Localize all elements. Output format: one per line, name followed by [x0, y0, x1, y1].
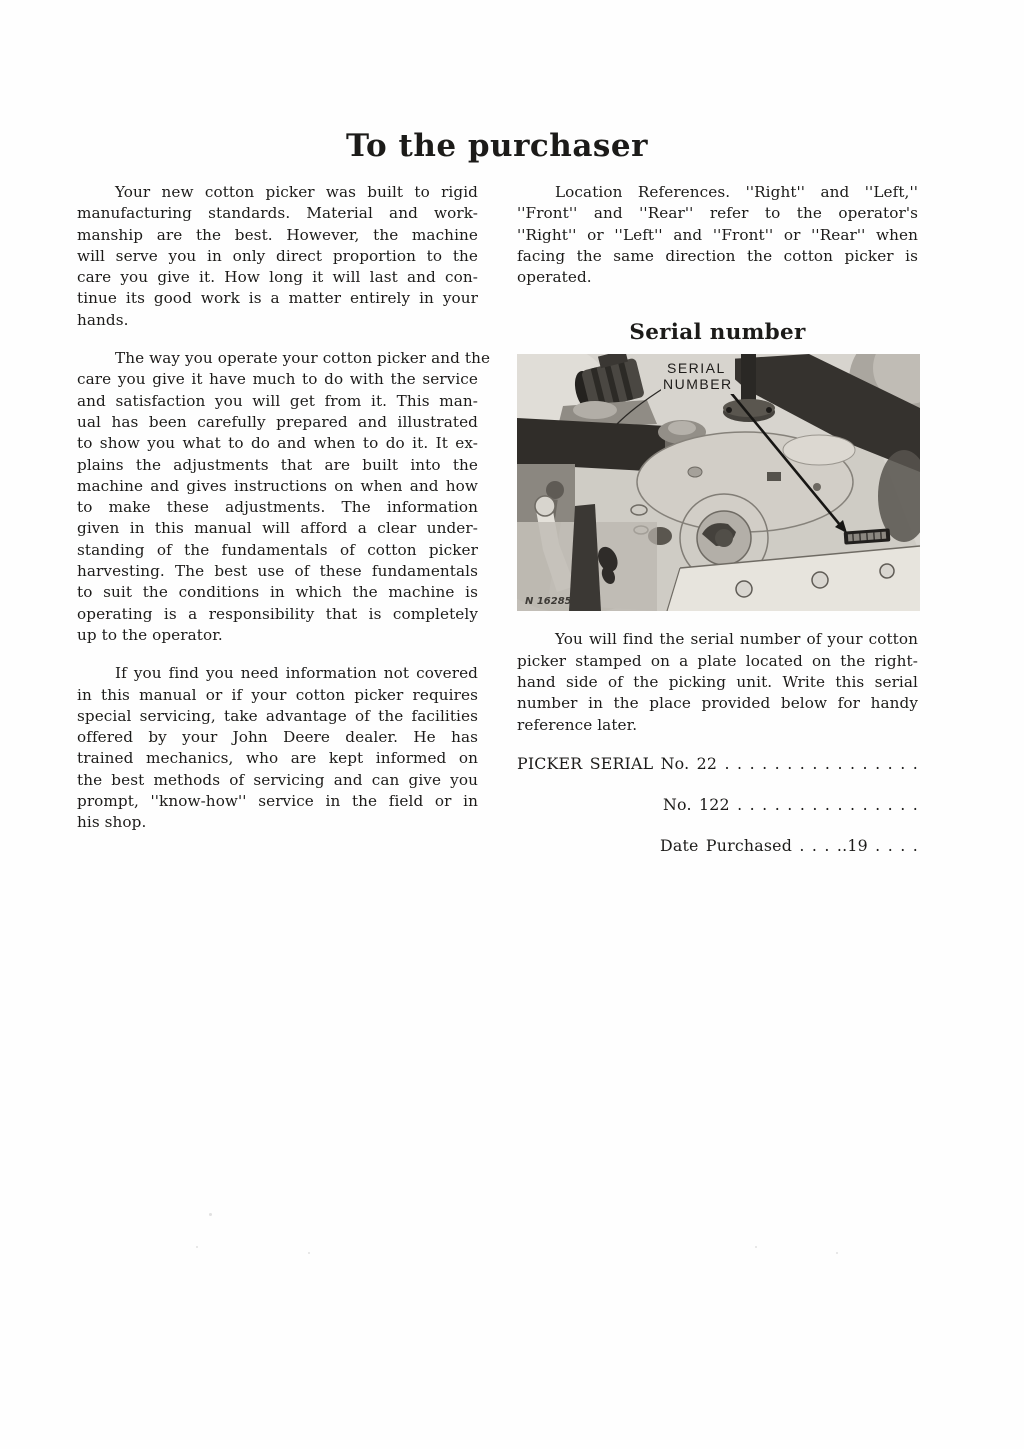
text-line: care you give it have much to do with th… [77, 369, 478, 390]
serial-number-photo: SERIAL NUMBER N 16285 [517, 354, 920, 611]
serial-number-label-line1: SERIAL [667, 360, 726, 376]
text-line: ''Right'' or ''Left'' and ''Front'' or '… [517, 225, 918, 246]
paragraph-intro: Your new cotton picker was built to rigi… [77, 182, 478, 331]
text-line: operated. [517, 267, 918, 288]
text-line: Your new cotton picker was built to rigi… [77, 182, 478, 203]
section-heading-serial-number: Serial number [517, 320, 918, 345]
text-line: You will find the serial number of your … [517, 629, 918, 650]
text-line: tinue its good work is a matter entirely… [77, 288, 478, 309]
text-line: his shop. [77, 812, 478, 833]
text-line: hands. [77, 310, 478, 331]
paragraph-operation: The way you operate your cotton picker a… [77, 348, 478, 646]
flange-bolt [766, 407, 772, 413]
flange-bolt [726, 407, 732, 413]
scan-speck [308, 1252, 310, 1254]
text-line: given in this manual will afford a clear… [77, 518, 478, 539]
photo-id-code: N 16285 [525, 596, 572, 607]
text-line: to show you what to do and when to do it… [77, 433, 478, 454]
text-line: special servicing, take advantage of the… [77, 706, 478, 727]
text-line: and satisfaction you will get from it. T… [77, 391, 478, 412]
page-title: To the purchaser [77, 128, 917, 164]
left-column: Your new cotton picker was built to rigi… [77, 182, 478, 834]
text-line: Location References. ''Right'' and ''Lef… [517, 182, 918, 203]
text-line: plains the adjustments that are built in… [77, 455, 478, 476]
text-line: to suit the conditions in which the mach… [77, 582, 478, 603]
picker-serial-fill-in-line: PICKER SERIAL No. 22 . . . . . . . . . .… [517, 753, 918, 774]
text-line: offered by your John Deere dealer. He ha… [77, 727, 478, 748]
text-line: trained mechanics, who are kept informed… [77, 748, 478, 769]
text-line: reference later. [517, 715, 918, 736]
text-line: hand side of the picking unit. Write thi… [517, 672, 918, 693]
text-line: the best methods of servicing and can gi… [77, 770, 478, 791]
right-column: Location References. ''Right'' and ''Lef… [517, 182, 918, 856]
deck-hole [880, 564, 894, 578]
machine-photo-illustration: SERIAL NUMBER N 16285 [517, 354, 920, 611]
scan-speck [209, 1213, 212, 1216]
drum-dome [783, 435, 855, 465]
text-line: manship are the best. However, the machi… [77, 225, 478, 246]
scan-speck [836, 1252, 838, 1254]
text-line: If you find you need information not cov… [77, 663, 478, 684]
drum-latch [767, 472, 781, 481]
text-line: prompt, ''know-how'' service in the fiel… [77, 791, 478, 812]
text-line: to make these adjustments. The informati… [77, 497, 478, 518]
text-line: up to the operator. [77, 625, 478, 646]
mount-cap [573, 401, 617, 419]
paragraph-dealer: If you find you need information not cov… [77, 663, 478, 833]
paragraph-location-references: Location References. ''Right'' and ''Lef… [517, 182, 918, 288]
text-line: standing of the fundamentals of cotton p… [77, 540, 478, 561]
text-line: operating is a responsibility that is co… [77, 604, 478, 625]
text-line: ual has been carefully prepared and illu… [77, 412, 478, 433]
access-cover-hub [715, 529, 733, 547]
text-line: harvesting. The best use of these fundam… [77, 561, 478, 582]
text-line: number in the place provided below for h… [517, 693, 918, 714]
scan-speck [755, 1246, 757, 1248]
paragraph-serial-info: You will find the serial number of your … [517, 629, 918, 735]
manual-page: To the purchaser Your new cotton picker … [0, 0, 1024, 1449]
text-line: care you give it. How long it will last … [77, 267, 478, 288]
text-line: The way you operate your cotton picker a… [77, 348, 478, 369]
serial-no-fill-in-line: No. 122 . . . . . . . . . . . . . . . [663, 794, 918, 815]
deck-hole [812, 572, 828, 588]
text-line: will serve you in only direct proportion… [77, 246, 478, 267]
text-line: in this manual or if your cotton picker … [77, 685, 478, 706]
serial-number-form: PICKER SERIAL No. 22 . . . . . . . . . .… [517, 753, 918, 856]
scan-speck [196, 1246, 198, 1248]
text-line: facing the same direction the cotton pic… [517, 246, 918, 267]
text-line: manufacturing standards. Material and wo… [77, 203, 478, 224]
turret-cap [668, 421, 696, 435]
drum-bolt [813, 483, 821, 491]
deck-hole [736, 581, 752, 597]
lever-pivot [535, 496, 555, 516]
serial-number-label-line2: NUMBER [663, 376, 733, 392]
text-line: picker stamped on a plate located on the… [517, 651, 918, 672]
text-line: machine and gives instructions on when a… [77, 476, 478, 497]
text-line: ''Front'' and ''Rear'' refer to the oper… [517, 203, 918, 224]
deck-hole-small [688, 467, 702, 477]
date-purchased-fill-in-line: Date Purchased . . . ..19 . . . . [660, 835, 918, 856]
